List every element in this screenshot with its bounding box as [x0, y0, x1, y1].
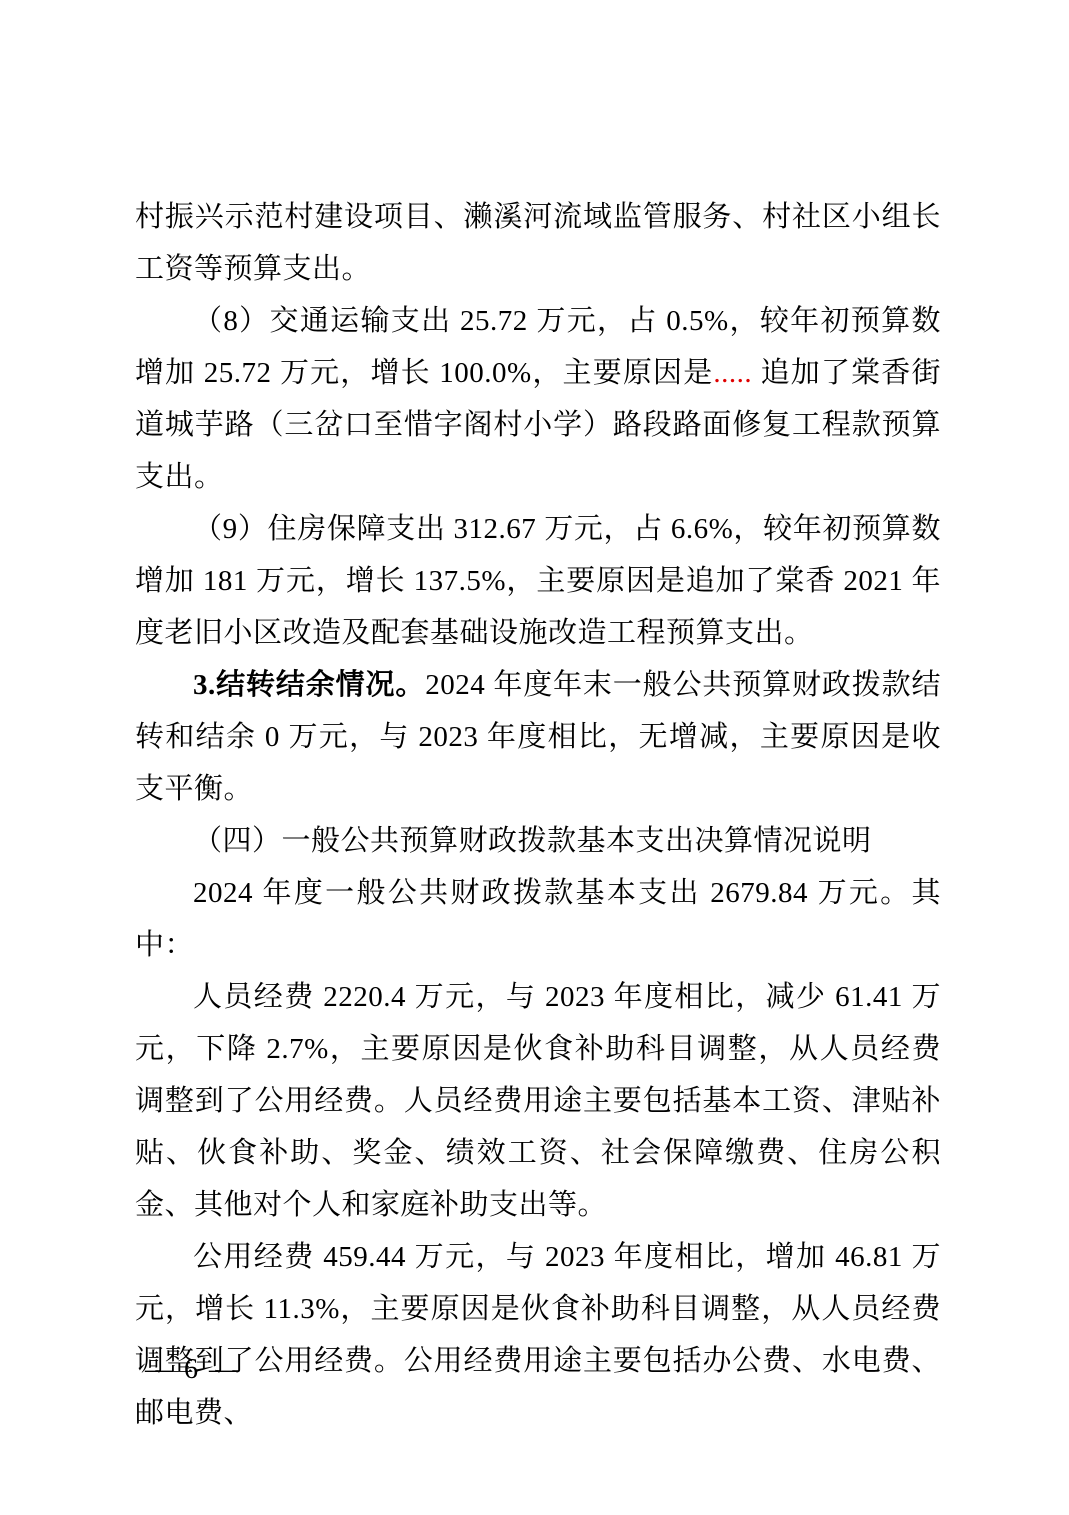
- paragraph-transport-expenditure: （8）交通运输支出 25.72 万元，占 0.5%，较年初预算数增加 25.72…: [135, 295, 941, 503]
- paragraph-public-funds: 公用经费 459.44 万元，与 2023 年度相比，增加 46.81 万元，增…: [135, 1231, 941, 1439]
- document-page: 村振兴示范村建设项目、濑溪河流域监管服务、村社区小组长工资等预算支出。 （8）交…: [0, 0, 1069, 1515]
- document-body: 村振兴示范村建设项目、濑溪河流域监管服务、村社区小组长工资等预算支出。 （8）交…: [135, 191, 941, 1439]
- paragraph-personnel-funds: 人员经费 2220.4 万元，与 2023 年度相比，减少 61.41 万元，下…: [135, 971, 941, 1231]
- paragraph-basic-expenditure: 2024 年度一般公共财政拨款基本支出 2679.84 万元。其中：: [135, 867, 941, 971]
- carryover-lead-bold: 3.结转结余情况。: [193, 669, 425, 701]
- paragraph-carryover-balance: 3.结转结余情况。2024 年度年末一般公共预算财政拨款结转和结余 0 万元，与…: [135, 659, 941, 815]
- paragraph-continuation: 村振兴示范村建设项目、濑溪河流域监管服务、村社区小组长工资等预算支出。: [135, 191, 941, 295]
- paragraph-housing-expenditure: （9）住房保障支出 312.67 万元，占 6.6%，较年初预算数增加 181 …: [135, 503, 941, 659]
- heading-section-four: （四）一般公共预算财政拨款基本支出决算情况说明: [135, 815, 941, 867]
- page-footer: — 6 —: [145, 1350, 239, 1390]
- redacted-dots: .....: [713, 357, 752, 389]
- page-number: — 6 —: [145, 1354, 239, 1385]
